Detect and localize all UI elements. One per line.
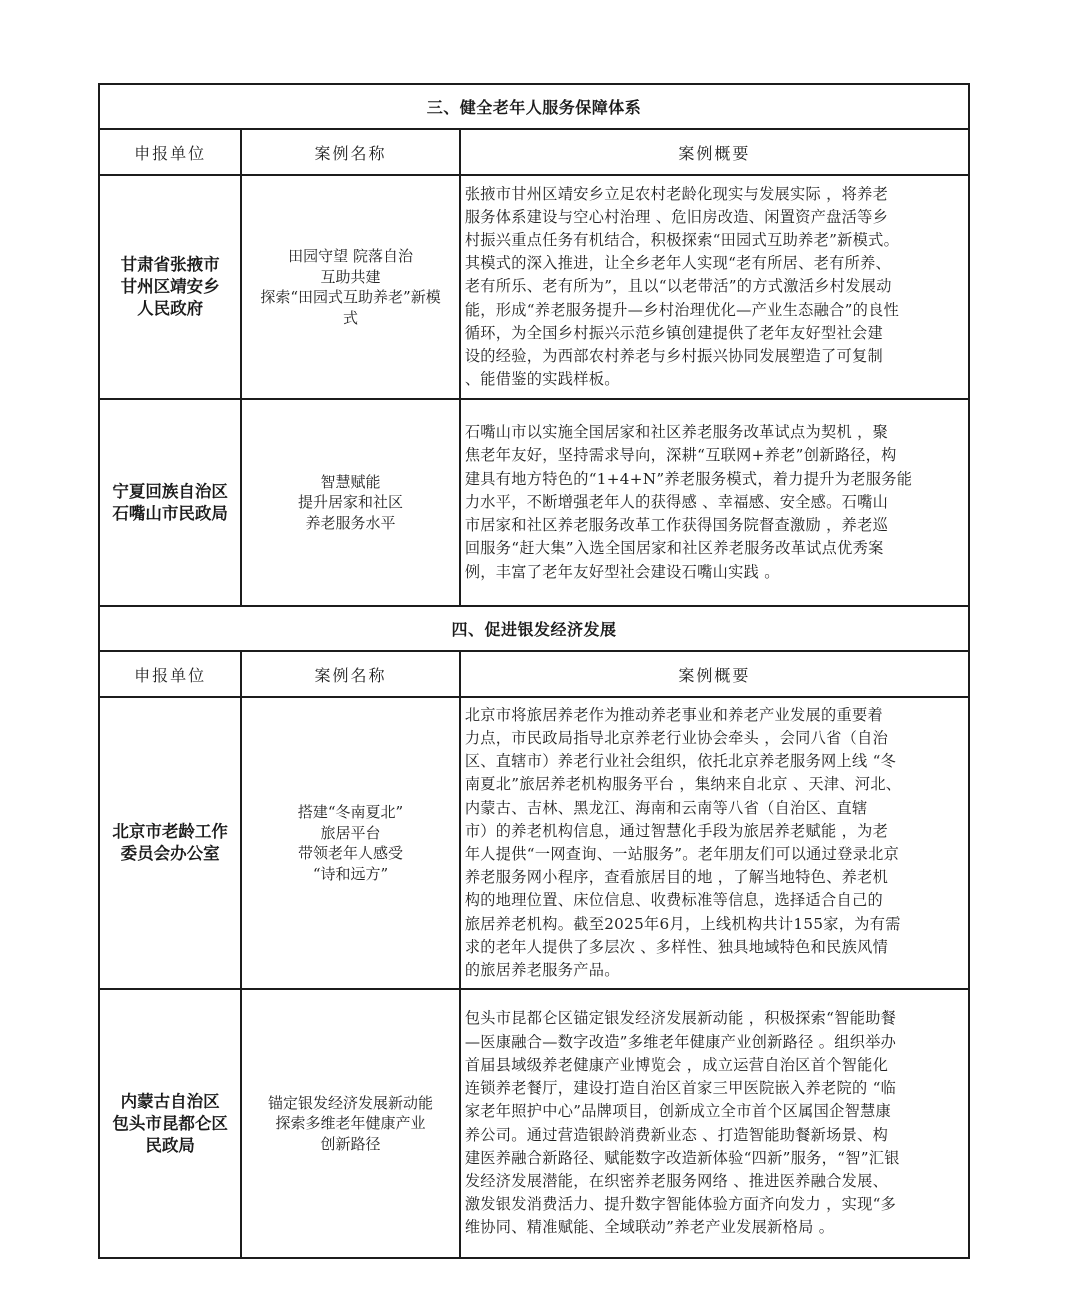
unit-cell: 北京市老龄工作 委员会办公室	[99, 697, 241, 989]
case-summary-cell: 张掖市甘州区靖安乡立足农村老龄化现实与发展实际 ，将养老 服务体系建设与空心村治…	[460, 175, 969, 399]
case-summary-cell: 包头市昆都仑区锚定银发经济发展新动能 ，积极探索“智能助餐 —医康融合—数字改造…	[460, 989, 969, 1258]
section-title-row: 四、促进银发经济发展	[99, 606, 969, 651]
table-header-row: 申报单位 案例名称 案例概要	[99, 129, 969, 175]
section-title: 三、健全老年人服务保障体系	[99, 84, 969, 129]
case-name-line: 田园守望 院落自治	[246, 246, 455, 267]
unit-cell: 甘肃省张掖市 甘州区靖安乡 人民政府	[99, 175, 241, 399]
summary-line: 力水平，不断增强老年人的获得感 、幸福感、安全感。石嘴山	[465, 491, 965, 514]
summary-line: 维协同、精准赋能、全域联动”养老产业发展新格局 。	[465, 1216, 965, 1239]
section-title-row: 三、健全老年人服务保障体系	[99, 84, 969, 129]
summary-line: 其模式的深入推进，让全乡老年人实现“老有所居、老有所养、	[465, 252, 965, 275]
summary-line: 、能借鉴的实践样板。	[465, 368, 965, 391]
table-row: 甘肃省张掖市 甘州区靖安乡 人民政府 田园守望 院落自治 互助共建 探索“田园式…	[99, 175, 969, 399]
summary-line: 市）的养老机构信息，通过智慧化手段为旅居养老赋能 ，为老	[465, 820, 965, 843]
unit-line: 宁夏回族自治区	[104, 481, 236, 503]
case-name-line: 探索“田园式互助养老”新模	[246, 287, 455, 308]
unit-line: 人民政府	[104, 298, 236, 320]
header-case-name: 案例名称	[241, 651, 460, 697]
unit-cell: 宁夏回族自治区 石嘴山市民政局	[99, 399, 241, 606]
summary-line: 构的地理位置、床位信息、收费标准等信息，选择适合自己的	[465, 889, 965, 912]
header-case-summary: 案例概要	[460, 129, 969, 175]
case-summary-cell: 北京市将旅居养老作为推动养老事业和养老产业发展的重要着 力点，市民政局指导北京养…	[460, 697, 969, 989]
case-name-line: 搭建“冬南夏北”	[246, 802, 455, 823]
summary-line: 建具有地方特色的“1+4+N”养老服务模式，着力提升为老服务能	[465, 468, 965, 491]
case-name-line: 式	[246, 308, 455, 329]
header-unit: 申报单位	[99, 651, 241, 697]
summary-line: 设的经验，为西部农村养老与乡村振兴协同发展塑造了可复制	[465, 345, 965, 368]
summary-line: 的旅居养老服务产品。	[465, 959, 965, 982]
summary-line: 焦老年友好，坚持需求导向，深耕“互联网+养老”创新路径，构	[465, 444, 965, 467]
summary-line: 养老服务网小程序，查看旅居目的地 ，了解当地特色、养老机	[465, 866, 965, 889]
unit-line: 包头市昆都仑区	[104, 1113, 236, 1135]
case-table: 三、健全老年人服务保障体系 申报单位 案例名称 案例概要 甘肃省张掖市 甘州区靖…	[98, 83, 970, 1259]
summary-line: 老有所乐、老有所为”，且以“以老带活”的方式激活乡村发展动	[465, 275, 965, 298]
summary-line: 南夏北”旅居养老机构服务平台 ，集纳来自北京 、天津、河北、	[465, 773, 965, 796]
summary-line: 区、直辖市）养老行业社会组织，依托北京养老服务网上线 “冬	[465, 750, 965, 773]
case-name-cell: 智慧赋能 提升居家和社区 养老服务水平	[241, 399, 460, 606]
header-case-summary: 案例概要	[460, 651, 969, 697]
summary-line: 包头市昆都仑区锚定银发经济发展新动能 ，积极探索“智能助餐	[465, 1007, 965, 1030]
case-name-line: 养老服务水平	[246, 513, 455, 534]
summary-line: 旅居养老机构。截至2025年6月，上线机构共计155家，为有需	[465, 913, 965, 936]
case-name-cell: 田园守望 院落自治 互助共建 探索“田园式互助养老”新模 式	[241, 175, 460, 399]
table-row: 宁夏回族自治区 石嘴山市民政局 智慧赋能 提升居家和社区 养老服务水平 石嘴山市…	[99, 399, 969, 606]
table-header-row: 申报单位 案例名称 案例概要	[99, 651, 969, 697]
summary-line: 激发银发消费活力、提升数字智能体验方面齐向发力 ，实现“多	[465, 1193, 965, 1216]
case-name-line: 探索多维老年健康产业	[246, 1113, 455, 1134]
case-name-line: 旅居平台	[246, 823, 455, 844]
summary-line: 建医养融合新路径、赋能数字改造新体验“四新”服务，“智”汇银	[465, 1147, 965, 1170]
summary-line: 循环，为全国乡村振兴示范乡镇创建提供了老年友好型社会建	[465, 322, 965, 345]
summary-line: 石嘴山市以实施全国居家和社区养老服务改革试点为契机 ，聚	[465, 421, 965, 444]
summary-line: 北京市将旅居养老作为推动养老事业和养老产业发展的重要着	[465, 704, 965, 727]
summary-line: —医康融合—数字改造”多维老年健康产业创新路径 。组织举办	[465, 1031, 965, 1054]
header-case-name: 案例名称	[241, 129, 460, 175]
section-title: 四、促进银发经济发展	[99, 606, 969, 651]
summary-line: 服务体系建设与空心村治理 、危旧房改造、闲置资产盘活等乡	[465, 206, 965, 229]
unit-cell: 内蒙古自治区 包头市昆都仑区 民政局	[99, 989, 241, 1258]
unit-line: 民政局	[104, 1135, 236, 1157]
header-unit: 申报单位	[99, 129, 241, 175]
summary-line: 市居家和社区养老服务改革工作获得国务院督查激励 ，养老巡	[465, 514, 965, 537]
summary-line: 内蒙古、吉林、黑龙江、海南和云南等八省（自治区、直辖	[465, 797, 965, 820]
case-name-line: “诗和远方”	[246, 864, 455, 885]
unit-line: 内蒙古自治区	[104, 1091, 236, 1113]
summary-line: 首届县域级养老健康产业博览会 ，成立运营自治区首个智能化	[465, 1054, 965, 1077]
unit-line: 北京市老龄工作	[104, 821, 236, 843]
summary-line: 能，形成“养老服务提升—乡村治理优化—产业生态融合”的良性	[465, 299, 965, 322]
unit-line: 石嘴山市民政局	[104, 503, 236, 525]
case-name-line: 提升居家和社区	[246, 492, 455, 513]
summary-line: 连锁养老餐厅，建设打造自治区首家三甲医院嵌入养老院的 “临	[465, 1077, 965, 1100]
table-row: 北京市老龄工作 委员会办公室 搭建“冬南夏北” 旅居平台 带领老年人感受 “诗和…	[99, 697, 969, 989]
summary-line: 发经济发展潜能，在织密养老服务网络 、推进医养融合发展、	[465, 1170, 965, 1193]
case-name-line: 带领老年人感受	[246, 843, 455, 864]
case-name-line: 互助共建	[246, 267, 455, 288]
case-name-cell: 搭建“冬南夏北” 旅居平台 带领老年人感受 “诗和远方”	[241, 697, 460, 989]
unit-line: 委员会办公室	[104, 843, 236, 865]
summary-line: 回服务“赶大集”入选全国居家和社区养老服务改革试点优秀案	[465, 537, 965, 560]
unit-line: 甘州区靖安乡	[104, 276, 236, 298]
case-name-line: 锚定银发经济发展新动能	[246, 1093, 455, 1114]
case-name-line: 创新路径	[246, 1134, 455, 1155]
summary-line: 求的老年人提供了多层次 、多样性、独具地域特色和民族风情	[465, 936, 965, 959]
case-summary-cell: 石嘴山市以实施全国居家和社区养老服务改革试点为契机 ，聚 焦老年友好，坚持需求导…	[460, 399, 969, 606]
summary-line: 家老年照护中心”品牌项目，创新成立全市首个区属国企智慧康	[465, 1100, 965, 1123]
summary-line: 例，丰富了老年友好型社会建设石嘴山实践 。	[465, 561, 965, 584]
summary-line: 力点，市民政局指导北京养老行业协会牵头 ，会同八省（自治	[465, 727, 965, 750]
summary-line: 村振兴重点任务有机结合，积极探索“田园式互助养老”新模式。	[465, 229, 965, 252]
summary-line: 张掖市甘州区靖安乡立足农村老龄化现实与发展实际 ，将养老	[465, 183, 965, 206]
table-row: 内蒙古自治区 包头市昆都仑区 民政局 锚定银发经济发展新动能 探索多维老年健康产…	[99, 989, 969, 1258]
case-name-line: 智慧赋能	[246, 472, 455, 493]
case-name-cell: 锚定银发经济发展新动能 探索多维老年健康产业 创新路径	[241, 989, 460, 1258]
summary-line: 养公司。通过营造银龄消费新业态 、打造智能助餐新场景、构	[465, 1124, 965, 1147]
unit-line: 甘肃省张掖市	[104, 254, 236, 276]
summary-line: 年人提供“一网查询、一站服务”。老年朋友们可以通过登录北京	[465, 843, 965, 866]
